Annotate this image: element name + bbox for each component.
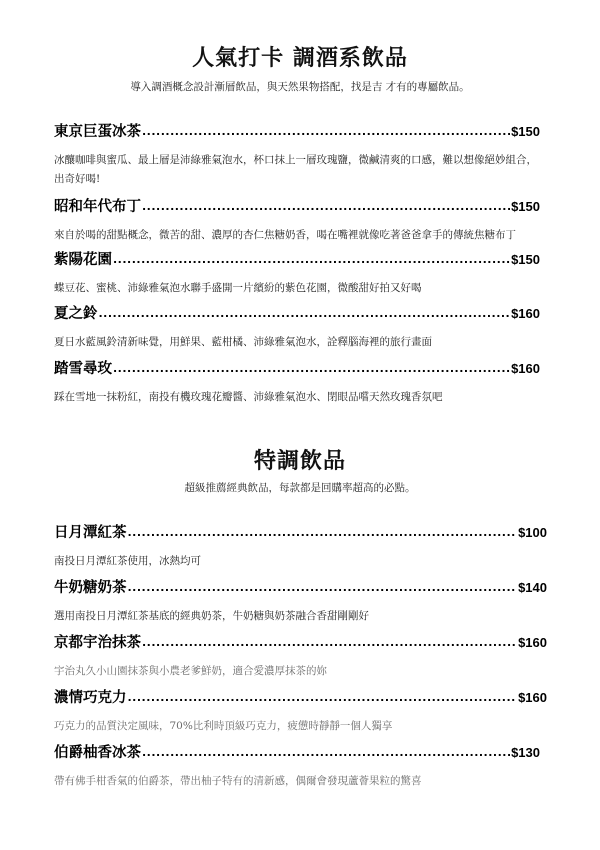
item-price: $130 [511, 743, 540, 763]
dot-leader [128, 523, 518, 543]
section-title: 人氣打卡 調酒系飲品 [0, 45, 600, 73]
item-name: 伯爵柚香冰茶 [54, 743, 141, 763]
item-description: 夏日水藍風鈴清新味覺，用鮮果、藍柑橘、沛綠雅氣泡水，詮釋腦海裡的旅行畫面 [54, 333, 540, 352]
item-description: 巧克力的品質決定風味，70%比利時頂級巧克力，疲憊時靜靜一個人獨享 [54, 717, 547, 736]
dot-leader [142, 633, 517, 653]
dot-leader [142, 743, 510, 763]
menu-item: 牛奶糖奶茶 $140 選用南投日月潭紅茶基底的經典奶茶，牛奶糖與奶茶融合香甜剛剛… [54, 578, 547, 626]
item-description: 宇治丸久小山園抹茶與小農老爹鮮奶，適合愛濃厚抹茶的妳 [54, 662, 547, 681]
item-name: 紫陽花園 [54, 250, 112, 270]
menu-item: 紫陽花園 $150 蝶豆花、蜜桃、沛綠雅氣泡水聯手盛開一片繽紛的紫色花園，微酸甜… [54, 250, 540, 298]
dot-leader [113, 250, 510, 270]
item-name: 東京巨蛋冰茶 [54, 122, 141, 142]
item-description: 來自於喝的甜點概念，微苦的甜、濃厚的杏仁焦糖奶香，喝在嘴裡就像吃著爸爸拿手的傳統… [54, 226, 540, 245]
item-price: $150 [511, 197, 540, 217]
item-price: $160 [518, 633, 547, 653]
dot-leader [99, 304, 511, 324]
item-description: 選用南投日月潭紅茶基底的經典奶茶，牛奶糖與奶茶融合香甜剛剛好 [54, 607, 547, 626]
item-name: 濃情巧克力 [54, 688, 127, 708]
dot-leader [113, 359, 510, 379]
item-description: 南投日月潭紅茶使用，冰熱均可 [54, 552, 547, 571]
item-description: 帶有佛手柑香氣的伯爵茶，帶出柚子特有的清新感，偶爾會發現蘆薈果粒的驚喜 [54, 772, 540, 791]
item-name: 踏雪尋玫 [54, 359, 112, 379]
menu-item: 踏雪尋玫 $160 踩在雪地一抹粉紅，南投有機玫瑰花瓣醬、沛綠雅氣泡水、閉眼品嚐… [54, 359, 540, 407]
section-subtitle: 導入調酒概念設計漸層飲品，與天然果物搭配，找是吉 才有的專屬飲品。 [0, 79, 600, 95]
menu-item: 東京巨蛋冰茶 $150 冰釀咖啡與蜜瓜、最上層是沛綠雅氣泡水，杯口抹上一層玫瑰鹽… [54, 122, 540, 189]
item-price: $150 [511, 122, 540, 142]
item-price: $140 [518, 578, 547, 598]
item-name: 昭和年代布丁 [54, 197, 141, 217]
item-description: 冰釀咖啡與蜜瓜、最上層是沛綠雅氣泡水，杯口抹上一層玫瑰鹽，微鹹清爽的口感，難以想… [54, 151, 540, 189]
menu-item: 濃情巧克力 $160 巧克力的品質決定風味，70%比利時頂級巧克力，疲憊時靜靜一… [54, 688, 547, 736]
dot-leader [128, 688, 518, 708]
dot-leader [142, 122, 510, 142]
item-price: $160 [518, 688, 547, 708]
item-name: 京都宇治抹茶 [54, 633, 141, 653]
menu-item: 夏之鈴 $160 夏日水藍風鈴清新味覺，用鮮果、藍柑橘、沛綠雅氣泡水，詮釋腦海裡… [54, 304, 540, 352]
section-title: 特調飲品 [0, 448, 600, 476]
dot-leader [128, 578, 518, 598]
section-subtitle: 超級推薦經典飲品，每款都是回購率超高的必點。 [0, 480, 600, 496]
item-name: 牛奶糖奶茶 [54, 578, 127, 598]
item-price: $160 [511, 359, 540, 379]
item-description: 蝶豆花、蜜桃、沛綠雅氣泡水聯手盛開一片繽紛的紫色花園，微酸甜好拍又好喝 [54, 279, 540, 298]
item-name: 日月潭紅茶 [54, 523, 127, 543]
item-name: 夏之鈴 [54, 304, 98, 324]
menu-item: 昭和年代布丁 $150 來自於喝的甜點概念，微苦的甜、濃厚的杏仁焦糖奶香，喝在嘴… [54, 197, 540, 245]
menu-item: 伯爵柚香冰茶 $130 帶有佛手柑香氣的伯爵茶，帶出柚子特有的清新感，偶爾會發現… [54, 743, 540, 791]
item-price: $100 [518, 523, 547, 543]
item-price: $160 [511, 304, 540, 324]
item-description: 踩在雪地一抹粉紅，南投有機玫瑰花瓣醬、沛綠雅氣泡水、閉眼品嚐天然玫瑰香氛吧 [54, 388, 540, 407]
dot-leader [142, 197, 510, 217]
menu-item: 日月潭紅茶 $100 南投日月潭紅茶使用，冰熱均可 [54, 523, 547, 571]
item-price: $150 [511, 250, 540, 270]
menu-item: 京都宇治抹茶 $160 宇治丸久小山園抹茶與小農老爹鮮奶，適合愛濃厚抹茶的妳 [54, 633, 547, 681]
